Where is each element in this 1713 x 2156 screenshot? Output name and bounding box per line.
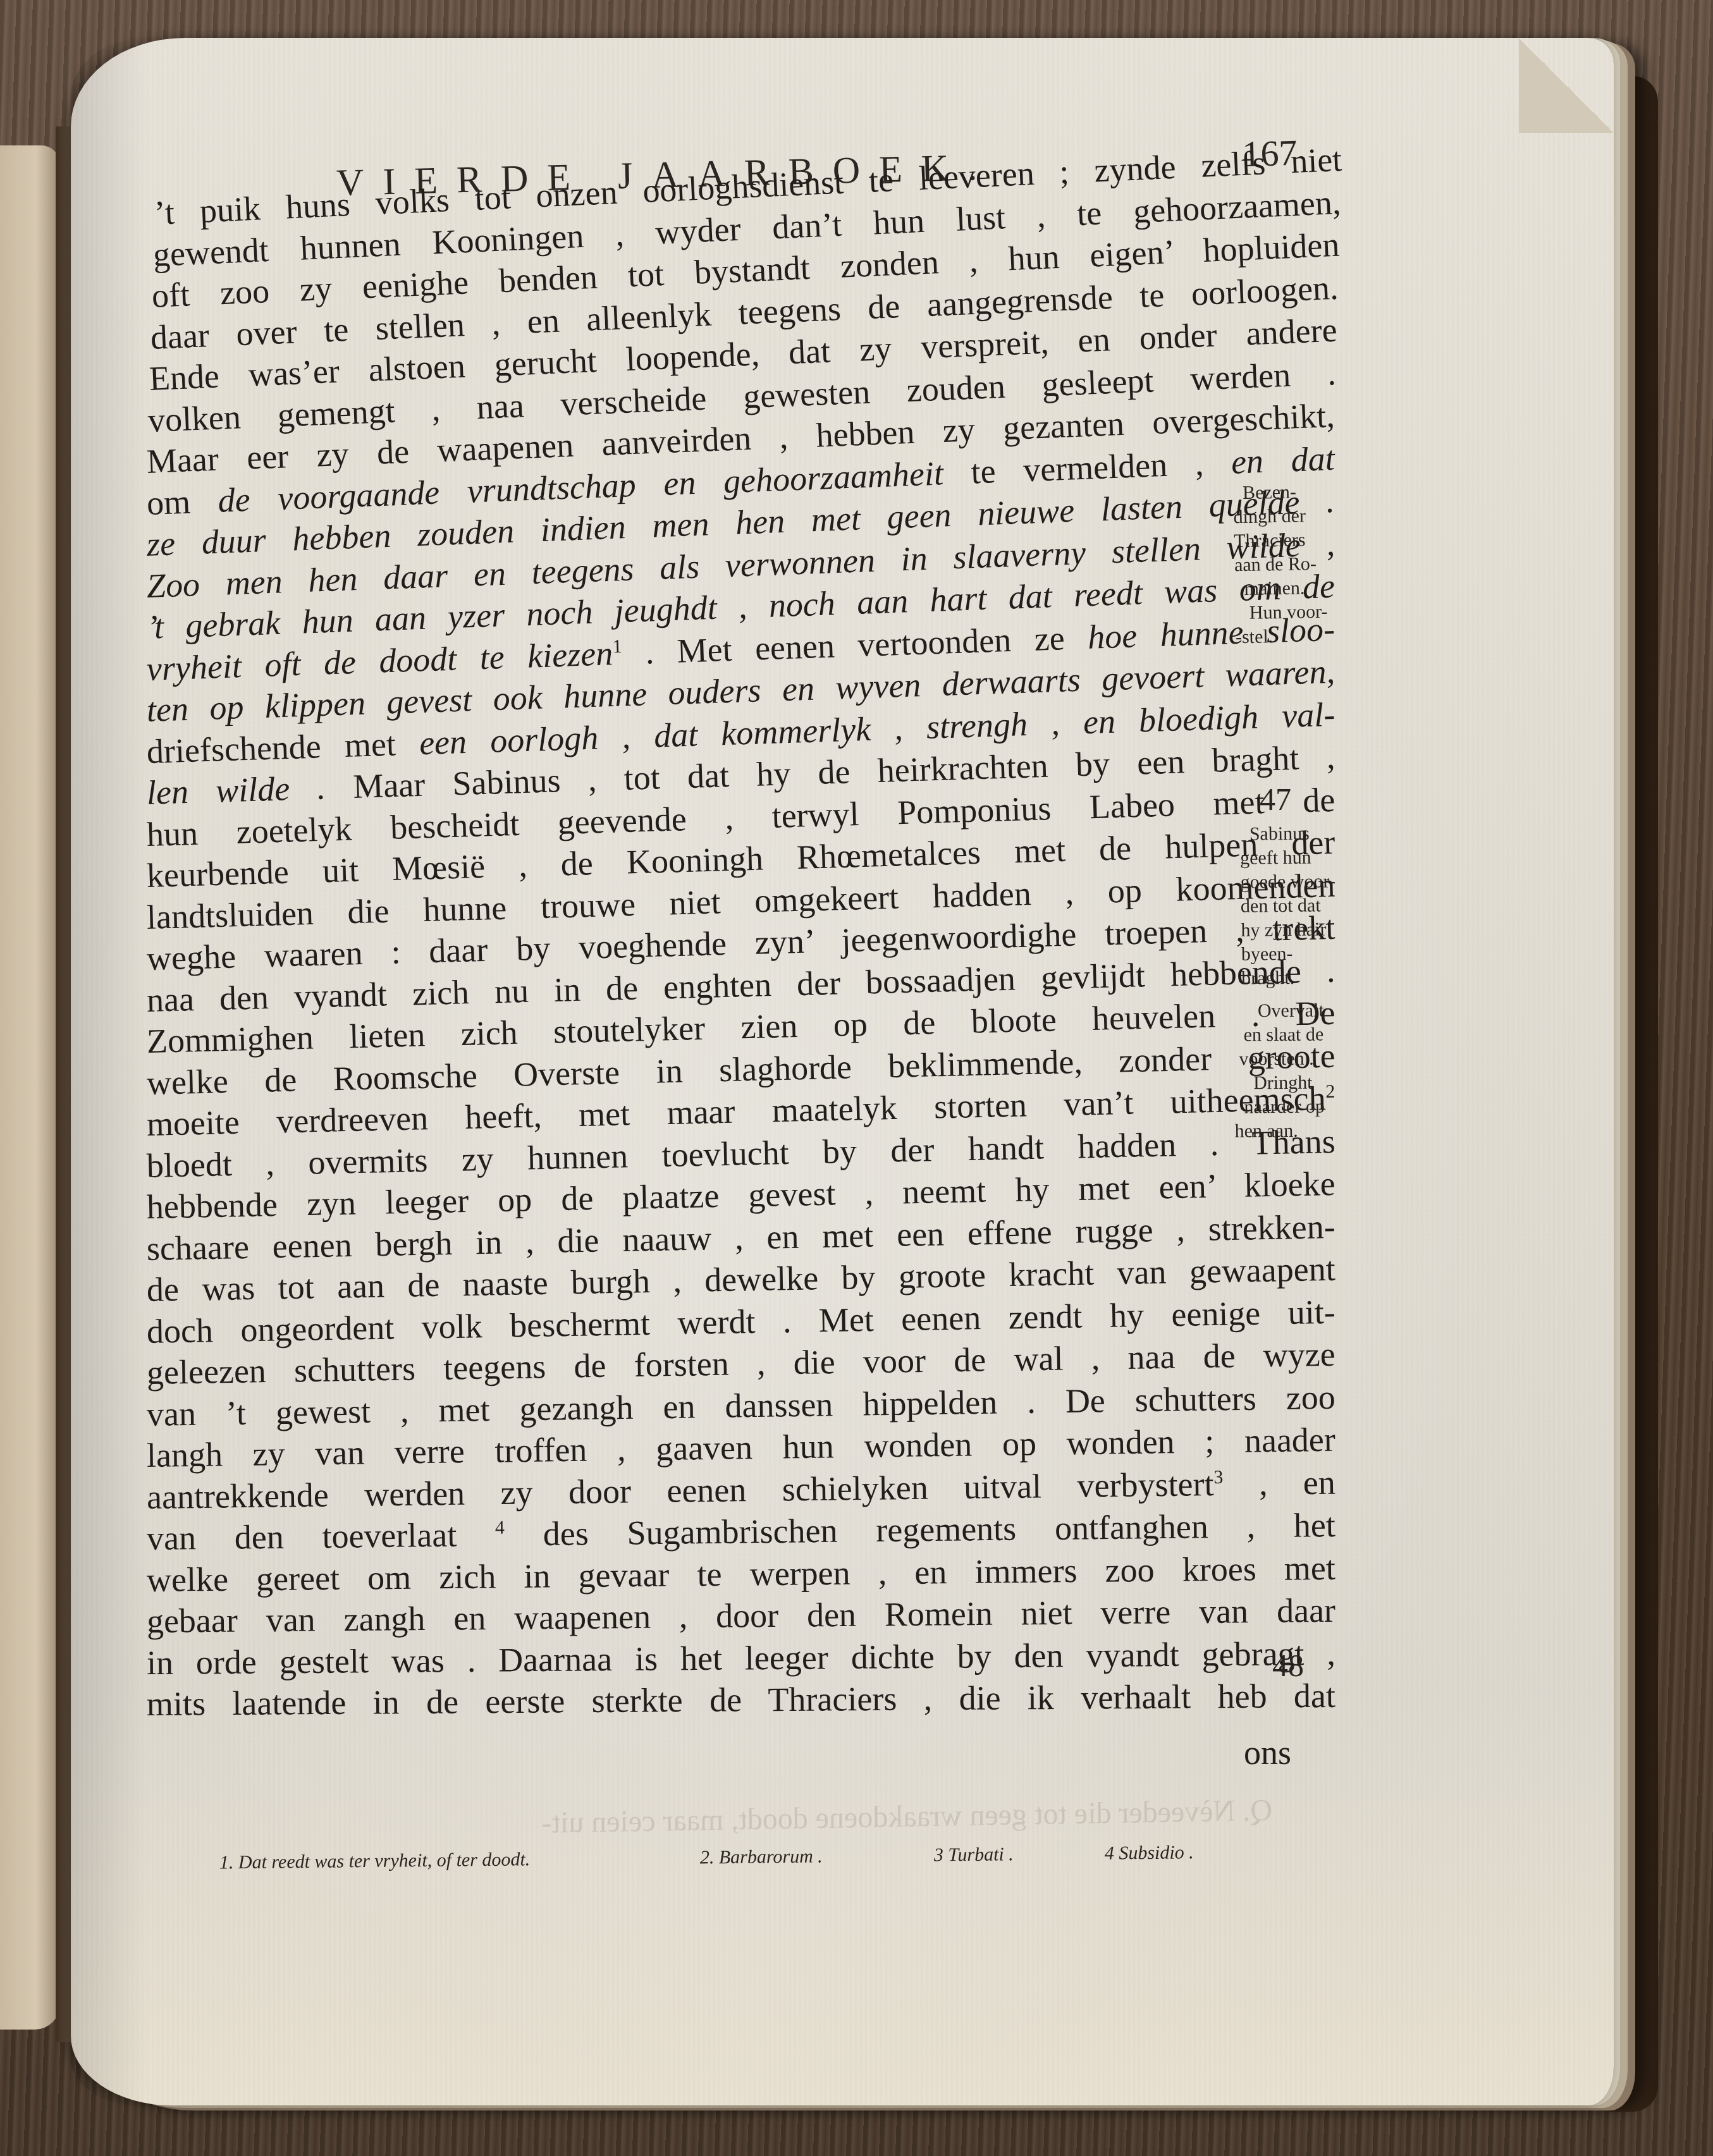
footnote-marker: 3 (1213, 1466, 1223, 1487)
footnote-marker: 1 (612, 635, 622, 656)
footnote-4: 4 Subsidio . (1105, 1842, 1194, 1864)
folded-corner (1519, 38, 1614, 133)
footnote-3: 3 Turbati . (934, 1844, 1014, 1866)
catchword: ons (1222, 1732, 1291, 1774)
left-page-edge (0, 145, 60, 2030)
spine-shadow (71, 38, 147, 2105)
section-number-47: 47 (1260, 781, 1291, 818)
section-number-48: 48 (1272, 1647, 1304, 1684)
footnote-1: 1. Dat reedt was ter vryheit, of ter doo… (219, 1849, 531, 1873)
footnote-marker: 2 (1325, 1081, 1335, 1102)
margin-note-embassy: Bezen- dingh der Thraciers aan de Ro- ma… (1233, 480, 1329, 650)
text-line: mits laatende in de eerste sterkte de Th… (147, 1675, 1335, 1725)
footnote-2: 2. Barbarorum . (700, 1846, 823, 1868)
footnotes: 1. Dat reedt was ter vryheit, of ter doo… (219, 1841, 1358, 1890)
bleed-through-text: Q. Nèveeder die tot geen wraakdoene dood… (229, 1793, 1273, 1846)
book-page: VIERDE JAARBOEK. 167 ’t puik huns volks … (71, 38, 1614, 2105)
body-text: ’t puik huns volks tot onzen oorloghsdie… (147, 193, 1335, 1725)
footnote-marker: 4 (495, 1517, 505, 1538)
margin-note-attack: Overvalt en slaat de voorsten . Dringht … (1234, 999, 1325, 1144)
margin-note-sabinus: Sabinus geeft hun goede woor- den tot da… (1240, 821, 1337, 991)
